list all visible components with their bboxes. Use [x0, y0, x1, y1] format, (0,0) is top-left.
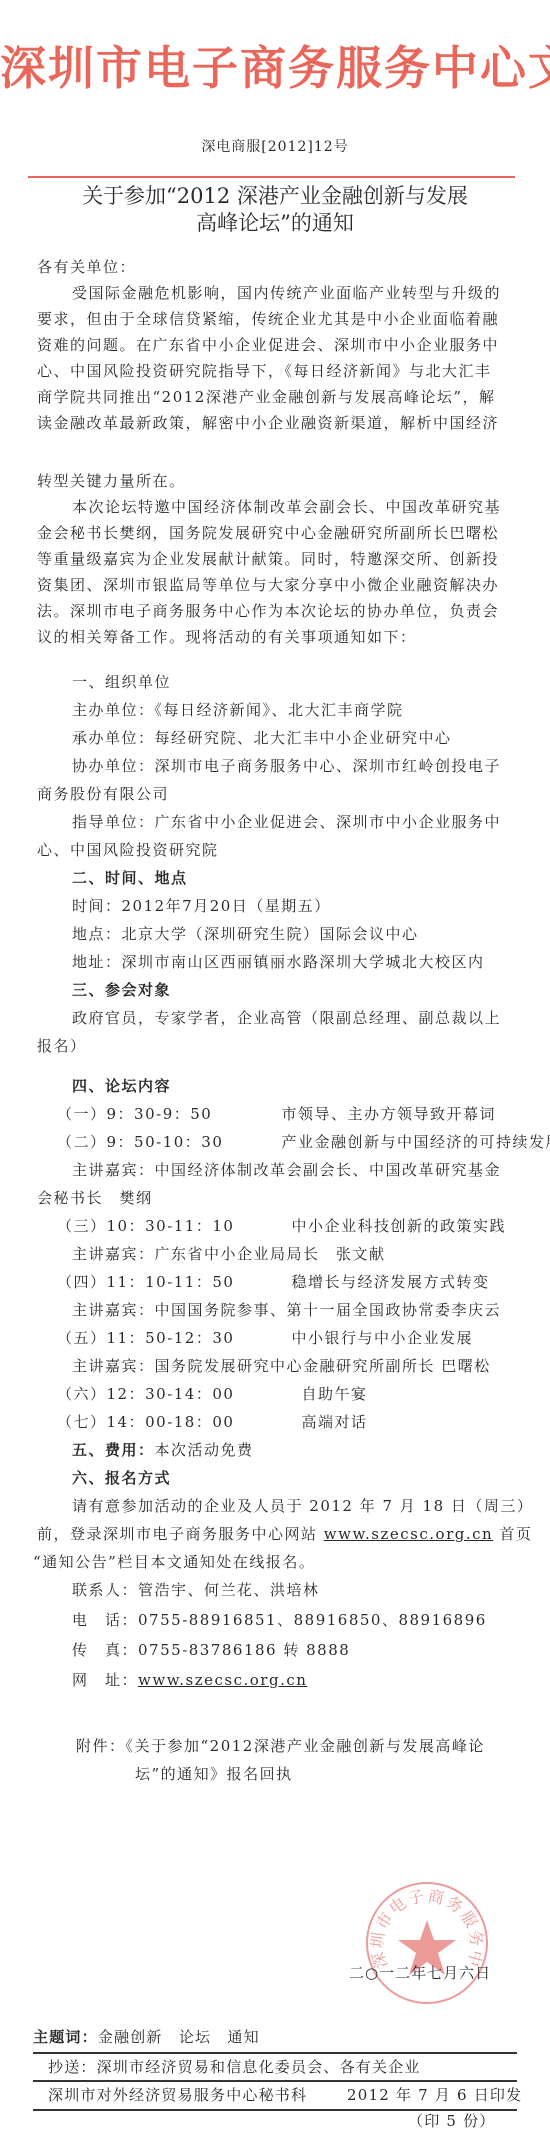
intro-line: 心、中国风险投资研究院指导下，《每日经济新闻》与北大汇丰 — [37, 358, 492, 384]
agenda-topic: 自助午宴 — [302, 1385, 368, 1403]
agenda-no: （五） — [57, 1329, 107, 1347]
agenda-topic: 市领导、主办方领导致开幕词 — [282, 1105, 497, 1123]
attendees-line: 政府官员，专家学者，企业高管（限副总经理、副总裁以上 — [72, 1005, 501, 1031]
registration-text: 前，登录深圳市电子商务服务中心网站 — [37, 1525, 324, 1543]
agenda-topic: 高端对话 — [302, 1413, 368, 1431]
copies-count: （印 5 份） — [408, 2109, 495, 2130]
section4-heading: 四、论坛内容 — [72, 1073, 171, 1099]
agenda-time: 14：00-18：00 — [107, 1409, 302, 1435]
red-divider — [28, 176, 515, 178]
agenda-item: （五）11：50-12：30中小银行与中小企业发展 — [57, 1325, 473, 1351]
agenda-time: 12：30-14：00 — [107, 1381, 302, 1407]
para2-line: 等重量级嘉宾为企业发展献计献策。同时，特邀深交所、创新投 — [37, 546, 499, 572]
guide-unit: 指导单位：广东省中小企业促进会、深圳市中小企业服务中 — [72, 809, 501, 835]
website-line: 网 址：www.szecsc.org.cn — [72, 1667, 307, 1693]
coorganizer-value: 深圳市电子商务服务中心、深圳市红岭创投电子 — [155, 757, 502, 775]
intro-line: 商学院共同推出“2012深港产业金融创新与发展高峰论坛”，解 — [37, 384, 496, 410]
organizer-unit: 承办单位：每经研究院、北大汇丰中小企业研究中心 — [72, 725, 452, 751]
organizer-value: 每经研究院、北大汇丰中小企业研究中心 — [155, 729, 452, 747]
agenda-time: 10：30-11：10 — [107, 1213, 292, 1239]
para2-line: 议的相关筹备工作。现将活动的有关事项通知如下： — [37, 624, 417, 650]
issue-date: 2012 年 7 月 6 日印发 — [347, 2083, 522, 2107]
salutation: 各有关单位： — [37, 254, 136, 280]
registration-line: 请有意参加活动的企业及人员于 2012 年 7 月 18 日（周三） — [72, 1493, 533, 1519]
section5-heading: 五、费用： — [72, 1441, 155, 1459]
fax-line: 传 真：0755-83786186 转 8888 — [72, 1637, 350, 1663]
guide-value: 广东省中小企业促进会、深圳市中小企业服务中 — [155, 813, 502, 831]
fee-value: 本次活动免费 — [155, 1441, 254, 1459]
keywords-line: 主题词：金融创新 论坛 通知 — [33, 2025, 260, 2049]
notice-title: 关于参加“2012 深港产业金融创新与发展 高峰论坛”的通知 — [0, 183, 550, 237]
agenda-topic: 中小企业科技创新的政策实践 — [292, 1217, 507, 1235]
host-value: 《每日经济新闻》、北大汇丰商学院 — [155, 701, 404, 719]
speaker-line: 会秘书长 樊纲 — [37, 1185, 153, 1211]
keywords-label: 主题词： — [33, 2028, 98, 2046]
registration-text: 首页 — [493, 1525, 532, 1543]
agenda-topic: 产业金融创新与中国经济的可持续发展 — [282, 1133, 550, 1151]
agenda-item: （六）12：30-14：00自助午宴 — [57, 1381, 368, 1407]
agenda-no: （二） — [57, 1133, 107, 1151]
document-number: 深电商服[2012]12号 — [0, 137, 550, 157]
intro-line: 受国际金融危机影响，国内传统产业面临产业转型与升级的 — [72, 280, 501, 306]
agenda-time: 9：50-10：30 — [107, 1129, 282, 1155]
footer-divider — [33, 2080, 517, 2082]
website-link[interactable]: www.szecsc.org.cn — [138, 1671, 307, 1689]
website-link[interactable]: www.szecsc.org.cn — [324, 1525, 493, 1543]
agenda-no: （六） — [57, 1385, 107, 1403]
contact-persons: 联系人：管浩宇、何兰花、洪培林 — [72, 1577, 320, 1603]
phone-label: 电 话： — [72, 1611, 138, 1629]
para2-line: 本次论坛特邀中国经济体制改革会副会长、中国改革研究基 — [72, 494, 501, 520]
fee-line: 五、费用：本次活动免费 — [72, 1437, 254, 1463]
para2-line: 法。深圳市电子商务服务中心作为本次论坛的协办单位，负责会 — [37, 598, 499, 624]
agenda-item: （一）9：30-9：50市领导、主办方领导致开幕词 — [57, 1101, 496, 1127]
event-venue: 地点：北京大学（深圳研究生院）国际会议中心 — [72, 921, 419, 947]
organizer-label: 承办单位： — [72, 729, 155, 747]
attachment-line: 坛”的通知》报名回执 — [135, 1761, 293, 1787]
agenda-item: （四）11：10-11：50稳增长与经济发展方式转变 — [57, 1269, 490, 1295]
agenda-time: 11：50-12：30 — [107, 1325, 292, 1351]
event-time: 时间：2012年7月20日（星期五） — [72, 893, 331, 919]
agenda-item: （三）10：30-11：10中小企业科技创新的政策实践 — [57, 1213, 506, 1239]
section6-heading: 六、报名方式 — [72, 1465, 171, 1491]
agenda-item: （二）9：50-10：30产业金融创新与中国经济的可持续发展 — [57, 1129, 550, 1155]
document-masthead: 深圳市电子商务服务中心文件 — [0, 38, 550, 98]
agenda-no: （三） — [57, 1217, 107, 1235]
speaker-line: 主讲嘉宾：中国国务院参事、第十一届全国政协常委李庆云 — [72, 1297, 501, 1323]
intro-line: 读金融改革最新政策，解密中小企业融资新渠道，解析中国经济 — [37, 410, 499, 436]
intro-line: 要求，但由于全球信贷紧缩，传统企业尤其是中小企业面临着融 — [37, 306, 499, 332]
agenda-no: （七） — [57, 1413, 107, 1431]
registration-line: “通知公告”栏目本文通知处在线报名。 — [33, 1549, 315, 1575]
section1-heading: 一、组织单位 — [72, 669, 171, 695]
cc-line: 抄送：深圳市经济贸易和信息化委员会、各有关企业 — [48, 2055, 421, 2079]
para2-line: 金会秘书长樊纲，国务院发展研究中心金融研究所副所长巴曙松 — [37, 520, 499, 546]
speaker-line: 主讲嘉宾：中国经济体制改革会副会长、中国改革研究基金 — [72, 1157, 501, 1183]
agenda-item: （七）14：00-18：00高端对话 — [57, 1409, 368, 1435]
para2-line: 资集团、深圳市银监局等单位与大家分享中小微企业融资解决办 — [37, 572, 499, 598]
keywords-value: 金融创新 论坛 通知 — [98, 2028, 260, 2046]
speaker-line: 主讲嘉宾：广东省中小企业局局长 张文献 — [72, 1241, 386, 1267]
agenda-topic: 中小银行与中小企业发展 — [292, 1329, 474, 1347]
section3-heading: 三、参会对象 — [72, 977, 171, 1003]
host-label: 主办单位： — [72, 701, 155, 719]
agenda-topic: 稳增长与经济发展方式转变 — [292, 1273, 490, 1291]
contact-value: 管浩宇、何兰花、洪培林 — [138, 1581, 320, 1599]
contact-label: 联系人： — [72, 1581, 138, 1599]
issuer: 深圳市对外经济贸易服务中心秘书科 — [48, 2083, 307, 2107]
attendees-line: 报名） — [37, 1033, 87, 1059]
section2-heading: 二、时间、地点 — [72, 865, 188, 891]
event-address: 地址：深圳市南山区西丽镇丽水路深圳大学城北大校区内 — [72, 949, 485, 975]
coorganizer-unit: 协办单位：深圳市电子商务服务中心、深圳市红岭创投电子 — [72, 753, 501, 779]
agenda-time: 11：10-11：50 — [107, 1269, 292, 1295]
phone-value: 0755-88916851、88916850、88916896 — [138, 1611, 487, 1629]
phone-line: 电 话：0755-88916851、88916850、88916896 — [72, 1607, 487, 1633]
footer-divider — [33, 2052, 517, 2054]
notice-title-line2: 高峰论坛”的通知 — [0, 210, 550, 237]
coorganizer-label: 协办单位： — [72, 757, 155, 775]
website-label: 网 址： — [72, 1671, 138, 1689]
host-unit: 主办单位：《每日经济新闻》、北大汇丰商学院 — [72, 697, 404, 723]
agenda-time: 9：30-9：50 — [107, 1101, 282, 1127]
agenda-no: （一） — [57, 1105, 107, 1123]
agenda-no: （四） — [57, 1273, 107, 1291]
attachment-line: 附件：《关于参加“2012深港产业金融创新与发展高峰论 — [76, 1733, 485, 1759]
fax-value: 0755-83786186 转 8888 — [138, 1641, 350, 1659]
coorganizer-value-cont: 商务股份有限公司 — [37, 781, 169, 807]
intro-line: 资难的问题。在广东省中小企业促进会、深圳市中小企业服务中 — [37, 332, 499, 358]
notice-title-line1: 关于参加“2012 深港产业金融创新与发展 — [0, 183, 550, 210]
guide-value-cont: 心、中国风险投资研究院 — [37, 837, 219, 863]
guide-label: 指导单位： — [72, 813, 155, 831]
official-seal: 深圳市电子商务服务中心 — [366, 1882, 488, 2004]
registration-line: 前，登录深圳市电子商务服务中心网站 www.szecsc.org.cn 首页 — [37, 1521, 532, 1547]
intro-line: 转型关键力量所在。 — [37, 468, 186, 494]
fax-label: 传 真： — [72, 1641, 138, 1659]
speaker-line: 主讲嘉宾：国务院发展研究中心金融研究所副所长 巴曙松 — [72, 1353, 491, 1379]
signing-date: 二○一二年七月六日 — [349, 1963, 491, 1983]
